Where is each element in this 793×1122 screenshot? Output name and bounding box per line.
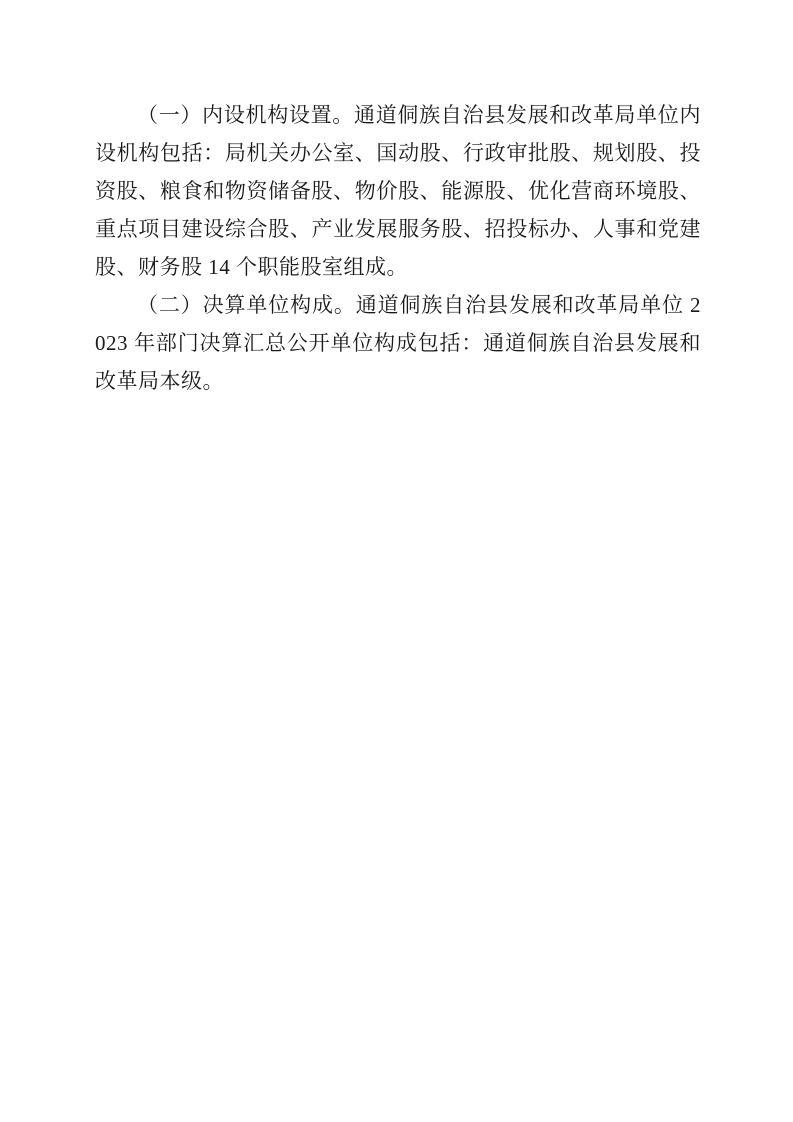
paragraph-final-accounts-unit-composition: （二）决算单位构成。通道侗族自治县发展和改革局单位 2023 年部门决算汇总公开… xyxy=(95,286,701,400)
document-text-block: （一）内设机构设置。通道侗族自治县发展和改革局单位内设机构包括：局机关办公室、国… xyxy=(95,96,701,400)
paragraph-internal-organization-setup: （一）内设机构设置。通道侗族自治县发展和改革局单位内设机构包括：局机关办公室、国… xyxy=(95,96,701,286)
document-page: （一）内设机构设置。通道侗族自治县发展和改革局单位内设机构包括：局机关办公室、国… xyxy=(0,0,793,1122)
